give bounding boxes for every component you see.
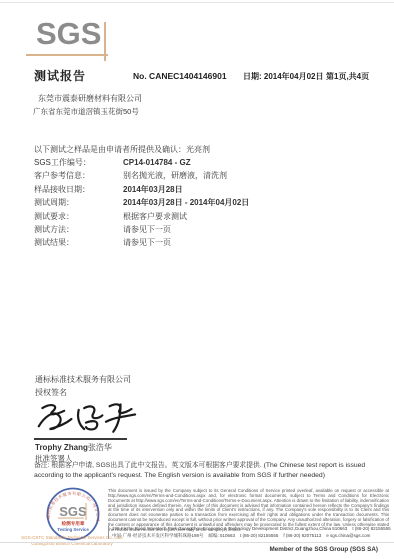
authorized-signature-label: 授权签名 [35, 387, 67, 398]
report-note: 备注: 根据客户申请, SGS出具了此中文报告。英文版本可根据客户要求提供. (… [34, 461, 382, 480]
applicant-address: 广东省东莞市道滘镇玉花街50号 [33, 106, 139, 117]
info-value: CP14-014784 - GZ [123, 158, 191, 167]
info-value: 别名抛光液，研磨液，清洗剂 [123, 171, 227, 180]
page-top-edge [0, 2, 394, 3]
info-row: 客户参考信息：别名抛光液，研磨液，清洗剂 [34, 169, 249, 182]
report-number: No. CANEC1404146901 [133, 71, 227, 81]
page-title: 测试报告 [34, 67, 86, 84]
page-indicator: 第1页,共4页 [326, 71, 369, 82]
signer-name-cn: 张浩华 [88, 443, 112, 452]
signer-name: Trophy Zhang张浩华 [35, 442, 112, 453]
address-en-text: 198 Kezhu Road,Scientech Park Guangzhou … [112, 526, 347, 531]
issuing-company: 通标标准技术服务有限公司 [35, 374, 131, 385]
signature-handwriting-image [30, 399, 142, 439]
info-value: 请参见下一页 [123, 225, 171, 234]
info-label: 样品接收日期： [34, 183, 123, 196]
info-row: 测试结果：请参见下一页 [34, 236, 249, 249]
applicant-company: 东莞市震泰研磨材料有限公司 [38, 93, 142, 104]
stamp-sgs-text: SGS [59, 504, 87, 519]
phone-number: t (86-20) 82155555 [352, 526, 390, 531]
info-row: SGS工作编号：CP14-014784 - GZ [34, 156, 249, 169]
fax-number: f (86-20) 82075113 [283, 533, 321, 538]
email-address: e sgs.china@sgs.com [326, 533, 370, 538]
info-row: 测试要求：根据客户要求测试 [34, 210, 249, 223]
phone-number: t (86-20) 82155555 [240, 533, 278, 538]
info-value: 根据客户要求测试 [123, 212, 187, 221]
info-value: 2014年03月28日 - 2014年04月02日 [123, 198, 249, 207]
info-label: 测试要求： [34, 210, 123, 223]
info-row: 样品接收日期：2014年03月28日 [34, 183, 249, 196]
footer-separator-line [0, 542, 394, 543]
logo-horizontal-line [26, 54, 108, 56]
signature-rule-line [34, 438, 127, 440]
info-label: 客户参考信息： [34, 169, 123, 182]
footer-address-block: 198 Kezhu Road,Scientech Park Guangzhou … [108, 526, 394, 539]
sample-statement: 以下测试之样品是由申请者所提供及确认：光亮剂 [34, 144, 210, 155]
info-row: 测试方法：请参见下一页 [34, 223, 249, 236]
report-date: 日期: 2014年04月02日 [243, 71, 323, 82]
signer-name-en: Trophy Zhang [35, 443, 88, 452]
footer-address-en: 198 Kezhu Road,Scientech Park Guangzhou … [112, 526, 394, 533]
info-label: 测试周期： [34, 196, 123, 209]
info-label: SGS工作编号： [34, 156, 123, 169]
logo-vertical-line [104, 22, 106, 61]
info-label: 测试方法： [34, 223, 123, 236]
sgs-logo-text: SGS [36, 16, 126, 52]
info-value: 2014年03月28日 [123, 185, 183, 194]
sample-info-table: SGS工作编号：CP14-014784 - GZ 客户参考信息：别名抛光液，研磨… [34, 156, 249, 250]
postcode: 邮编: 510663 [209, 533, 236, 538]
stamp-chop-text: 检测专用章 [62, 520, 85, 527]
info-label: 测试结果： [34, 236, 123, 249]
footer-address-cn: 中国·广州·经济技术开发区科学城科珠路198号邮编: 510663t (86-2… [112, 533, 394, 540]
info-row: 测试周期：2014年03月28日 - 2014年04月02日 [34, 196, 249, 209]
stamp-service-text: Testing Service [57, 527, 89, 532]
stamp-tan-vline [86, 503, 87, 520]
stamp-tan-hline [58, 518, 84, 519]
address-cn-text: 中国·广州·经济技术开发区科学城科珠路198号 [112, 533, 204, 538]
info-value: 请参见下一页 [123, 238, 171, 247]
sgs-member-line: Member of the SGS Group (SGS SA) [270, 546, 378, 553]
